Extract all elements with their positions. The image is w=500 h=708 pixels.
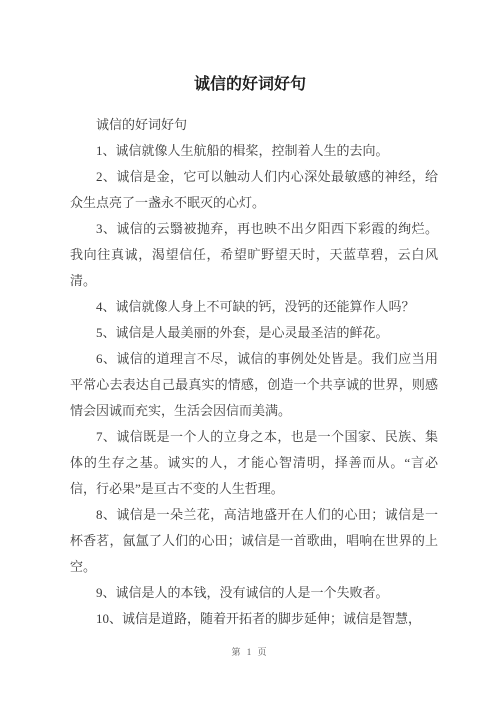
paragraph: 10、诚信是道路，随着开拓者的脚步延伸；诚信是智慧， [70,606,438,632]
paragraph: 4、诚信就像人身上不可缺的钙，没钙的还能算作人吗？ [70,294,438,320]
paragraph: 7、诚信既是一个人的立身之本，也是一个国家、民族、集体的生存之基。诚实的人，才能… [70,424,438,502]
document-title: 诚信的好词好句 [0,0,500,100]
paragraph: 2、诚信是金，它可以触动人们内心深处最敏感的神经，给众生点亮了一盏永不眠灭的心灯… [70,164,438,216]
paragraph: 诚信的好词好句 [70,112,438,138]
paragraph: 6、诚信的道理言不尽，诚信的事例处处皆是。我们应当用平常心去表达自己最真实的情感… [70,346,438,424]
page-number: 第 1 页 [0,645,500,658]
paragraph: 5、诚信是人最美丽的外套，是心灵最圣洁的鲜花。 [70,320,438,346]
document-body: 诚信的好词好句1、诚信就像人生航船的楫桨，控制着人生的去向。2、诚信是金，它可以… [0,112,500,632]
document-page: 诚信的好词好句 诚信的好词好句1、诚信就像人生航船的楫桨，控制着人生的去向。2、… [0,0,500,708]
paragraph: 8、诚信是一朵兰花，高洁地盛开在人们的心田；诚信是一杯香茗，氤氲了人们的心田；诚… [70,502,438,580]
paragraph: 3、诚信的云翳被抛弃，再也映不出夕阳西下彩霞的绚烂。我向往真诚，渴望信任，希望旷… [70,216,438,294]
paragraph: 9、诚信是人的本钱，没有诚信的人是一个失败者。 [70,580,438,606]
paragraph: 1、诚信就像人生航船的楫桨，控制着人生的去向。 [70,138,438,164]
